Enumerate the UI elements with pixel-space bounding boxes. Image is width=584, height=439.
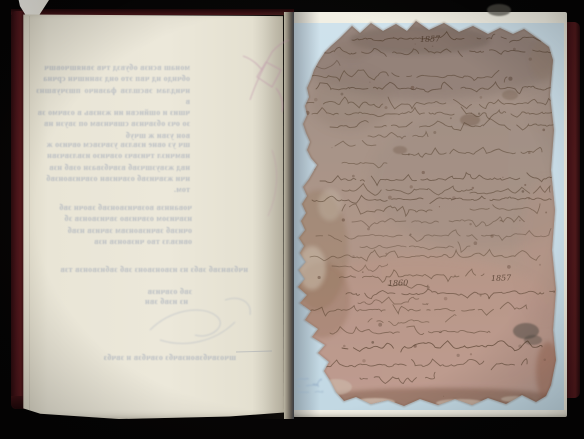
gutter-shadow-right	[294, 12, 320, 417]
gutter-shadow-left	[252, 12, 284, 419]
left-page	[22, 12, 284, 419]
book-photo: монаш вснзв обувзд тчв эвняшчовшчобчндо …	[0, 0, 584, 439]
left-page-fold-line	[29, 16, 30, 410]
mount-page	[294, 23, 564, 410]
book-cover-left-edge	[11, 11, 24, 409]
gutter	[284, 12, 294, 419]
